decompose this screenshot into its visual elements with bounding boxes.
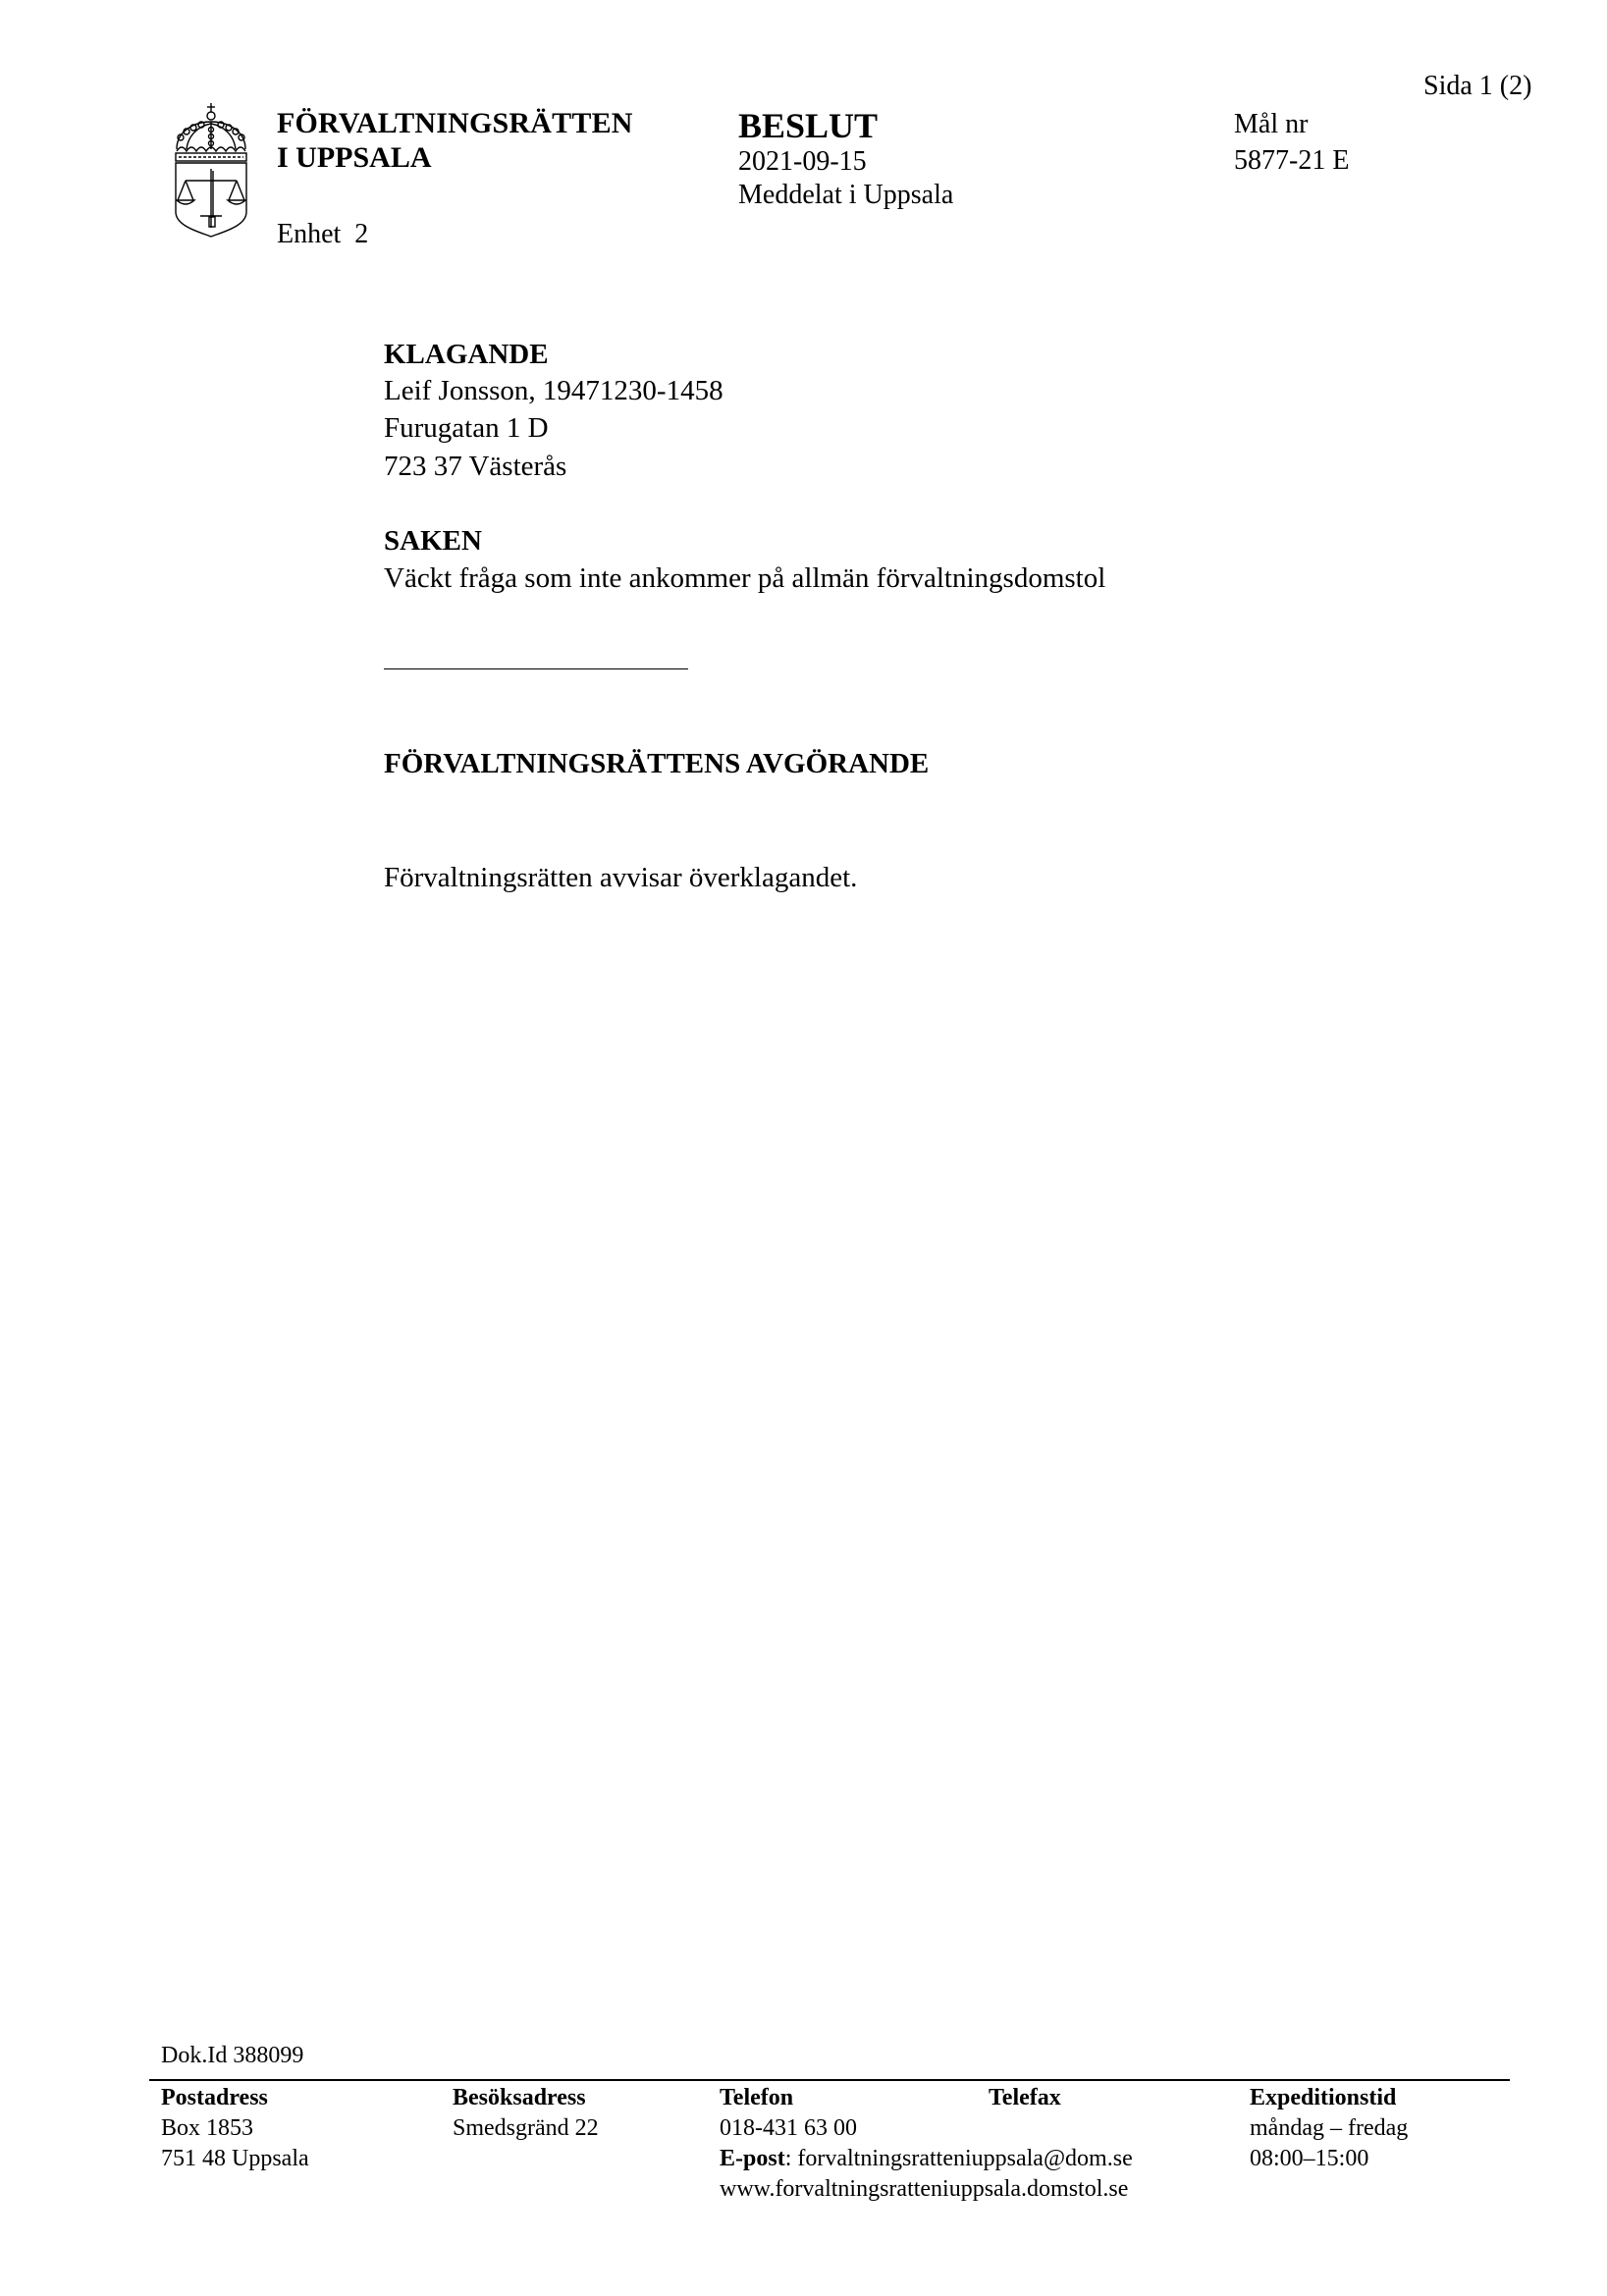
footer-phone: Telefon 018-431 63 00 E-post: forvaltnin… — [720, 2083, 1133, 2205]
email-separator: : — [785, 2146, 798, 2171]
court-name-line2: I UPPSALA — [277, 143, 432, 173]
website-link[interactable]: www.forvaltningsratteniuppsala.domstol.s… — [720, 2174, 1133, 2205]
footer-fax: Telefax — [989, 2083, 1061, 2113]
case-number-label: Mål nr — [1234, 111, 1308, 138]
unit-label: Enhet 2 — [277, 221, 368, 248]
footer-postal-address: Postadress Box 1853 751 48 Uppsala — [161, 2083, 309, 2174]
fax-heading: Telefax — [989, 2083, 1061, 2113]
visiting-line: Smedsgränd 22 — [453, 2113, 599, 2144]
footer-visiting-address: Besöksadress Smedsgränd 22 — [453, 2083, 599, 2144]
email-line: E-post: forvaltningsratteniuppsala@dom.s… — [720, 2144, 1133, 2174]
court-emblem-icon — [173, 102, 249, 238]
matter-text: Väckt fråga som inte ankommer på allmän … — [384, 564, 1105, 593]
hours-time: 08:00–15:00 — [1250, 2144, 1408, 2174]
postal-line: 751 48 Uppsala — [161, 2144, 309, 2174]
postal-line: Box 1853 — [161, 2113, 309, 2144]
footer-rule — [149, 2079, 1510, 2081]
postal-heading: Postadress — [161, 2083, 309, 2113]
matter-heading: SAKEN — [384, 527, 482, 556]
footer-office-hours: Expeditionstid måndag – fredag 08:00–15:… — [1250, 2083, 1408, 2174]
email-label: E-post — [720, 2146, 785, 2171]
document-place: Meddelat i Uppsala — [738, 182, 953, 209]
decision-text: Förvaltningsrätten avvisar överklagandet… — [384, 864, 857, 892]
court-name-line1: FÖRVALTNINGSRÄTTEN — [277, 109, 633, 138]
visiting-heading: Besöksadress — [453, 2083, 599, 2113]
hours-days: måndag – fredag — [1250, 2113, 1408, 2144]
document-date: 2021-09-15 — [738, 148, 867, 176]
email-link[interactable]: forvaltningsratteniuppsala@dom.se — [797, 2146, 1132, 2171]
appellant-city: 723 37 Västerås — [384, 453, 566, 481]
decision-heading: FÖRVALTNINGSRÄTTENS AVGÖRANDE — [384, 750, 929, 778]
document-id: Dok.Id 388099 — [161, 2044, 303, 2067]
section-divider — [384, 668, 688, 669]
case-number: 5877-21 E — [1234, 147, 1349, 175]
page-number: Sida 1 (2) — [1423, 73, 1531, 100]
phone-number: 018-431 63 00 — [720, 2113, 1133, 2144]
appellant-heading: KLAGANDE — [384, 341, 549, 369]
phone-heading: Telefon — [720, 2083, 1133, 2113]
hours-heading: Expeditionstid — [1250, 2083, 1408, 2113]
document-type: BESLUT — [738, 108, 878, 143]
appellant-street: Furugatan 1 D — [384, 414, 549, 443]
appellant-name: Leif Jonsson, 19471230-1458 — [384, 377, 723, 405]
